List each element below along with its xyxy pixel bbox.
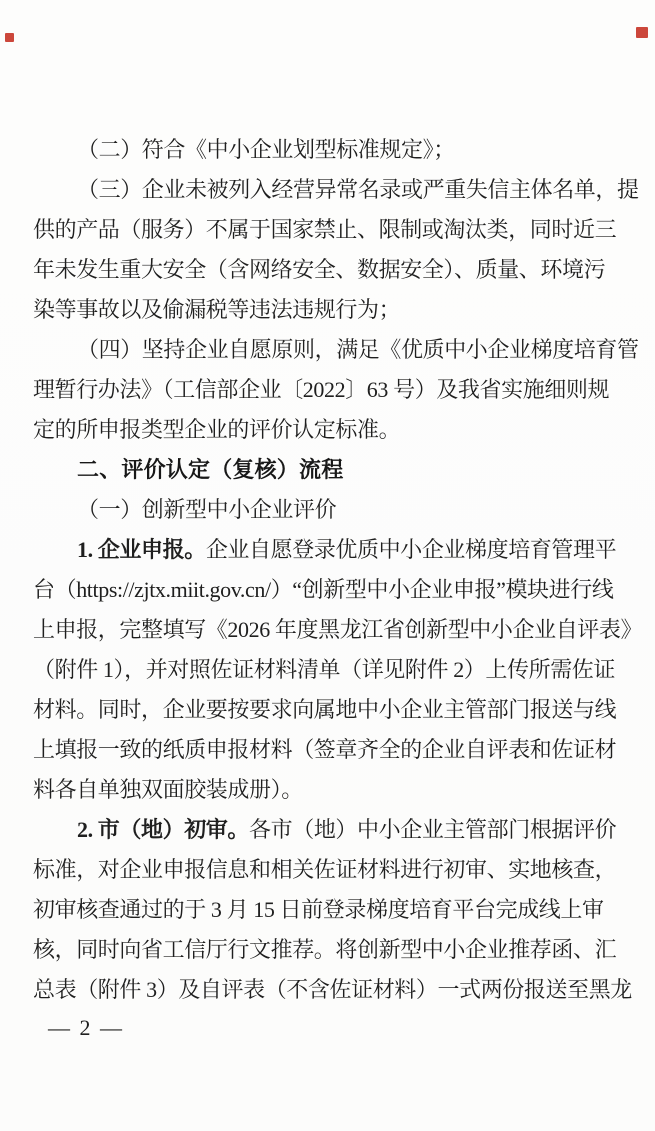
text-line: 总表（附件 3）及自评表（不含佐证材料）一式两份报送至黑龙	[33, 970, 618, 1010]
text-line: 1. 企业申报。企业自愿登录优质中小企业梯度培育管理平	[33, 530, 618, 570]
document-body: （二）符合《中小企业划型标准规定》；（三）企业未被列入经营异常名录或严重失信主体…	[33, 130, 618, 1010]
text-line: （三）企业未被列入经营异常名录或严重失信主体名单，提	[33, 170, 618, 210]
text-line: 料各自单独双面胶装成册）。	[33, 770, 618, 810]
text-line: 上填报一致的纸质申报材料（签章齐全的企业自评表和佐证材	[33, 730, 618, 770]
text-line: 年未发生重大安全（含网络安全、数据安全）、质量、环境污	[33, 250, 618, 290]
text-line: （四）坚持企业自愿原则，满足《优质中小企业梯度培育管	[33, 330, 618, 370]
bold-lead-in: 1. 企业申报。	[77, 537, 206, 562]
sub-heading: （一）创新型中小企业评价	[33, 490, 618, 530]
text-line: 2. 市（地）初审。各市（地）中小企业主管部门根据评价	[33, 810, 618, 850]
text-line: 台（https://zjtx.miit.gov.cn/）“创新型中小企业申报”模…	[33, 570, 618, 610]
text-line: （附件 1），并对照佐证材料清单（详见附件 2）上传所需佐证	[33, 650, 618, 690]
text-line: 上申报，完整填写《2026 年度黑龙江省创新型中小企业自评表》	[33, 610, 618, 650]
document-page: （二）符合《中小企业划型标准规定》；（三）企业未被列入经营异常名录或严重失信主体…	[0, 0, 655, 1131]
text-line: 标准，对企业申报信息和相关佐证材料进行初审、实地核查，	[33, 850, 618, 890]
text-line: 定的所申报类型企业的评价认定标准。	[33, 410, 618, 450]
text-line: （二）符合《中小企业划型标准规定》；	[33, 130, 618, 170]
section-heading: 二、评价认定（复核）流程	[33, 450, 618, 490]
text-line: 核，同时向省工信厅行文推荐。将创新型中小企业推荐函、汇	[33, 930, 618, 970]
text-line: 初审核查通过的于 3 月 15 日前登录梯度培育平台完成线上审	[33, 890, 618, 930]
page-number: — 2 —	[48, 1008, 124, 1048]
text-line: 理暂行办法》（工信部企业〔2022〕63 号）及我省实施细则规	[33, 370, 618, 410]
text-line: 材料。同时，企业要按要求向属地中小企业主管部门报送与线	[33, 690, 618, 730]
scan-mark-top-left	[5, 33, 14, 42]
bold-lead-in: 2. 市（地）初审。	[77, 817, 249, 842]
scan-mark-top-right	[636, 27, 648, 38]
text-line: 供的产品（服务）不属于国家禁止、限制或淘汰类，同时近三	[33, 210, 618, 250]
text-line: 染等事故以及偷漏税等违法违规行为；	[33, 290, 618, 330]
